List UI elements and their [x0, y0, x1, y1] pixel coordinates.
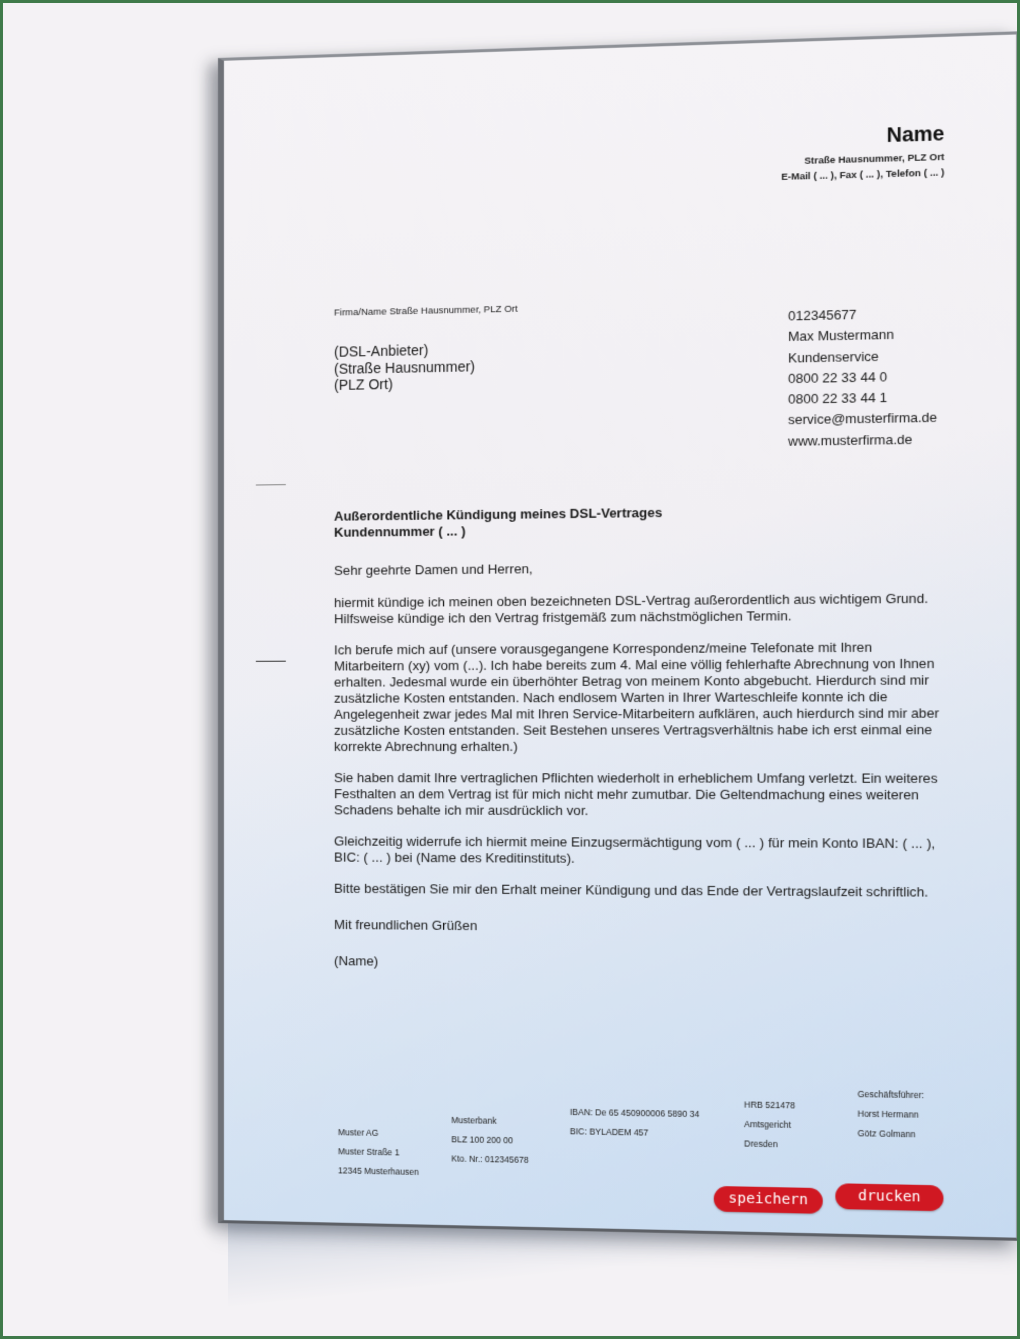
iban: IBAN: De 65 450900006 5890 34 — [570, 1103, 700, 1125]
letter-page: Name Straße Hausnummer, PLZ Ort E-Mail (… — [218, 31, 1019, 1241]
contact-person: Max Mustermann — [788, 324, 937, 348]
save-button[interactable]: speichern — [714, 1186, 823, 1214]
fax: 0800 22 33 44 1 — [788, 387, 937, 410]
body-paragraph: Bitte bestätigen Sie mir den Erhalt mein… — [334, 881, 944, 901]
footer-bank: Musterbank BLZ 100 200 00 Kto. Nr.: 0123… — [451, 1111, 528, 1170]
footer-iban: IBAN: De 65 450900006 5890 34 BIC: BYLAD… — [570, 1103, 700, 1144]
manager-1: Horst Hermann — [858, 1104, 925, 1125]
punch-mark — [256, 661, 286, 662]
trade-register: HRB 521478 — [744, 1095, 795, 1115]
bic: BIC: BYLADEM 457 — [570, 1122, 700, 1144]
website: www.musterfirma.de — [788, 429, 937, 452]
customer-number: Kundennummer ( ... ) — [334, 521, 662, 541]
court-city: Dresden — [744, 1134, 795, 1154]
customer-id: 012345677 — [788, 303, 937, 327]
account-number: Kto. Nr.: 012345678 — [451, 1149, 528, 1170]
recipient-line: (PLZ Ort) — [334, 374, 475, 393]
body-paragraph: Ich berufe mich auf (unsere vorausgegang… — [334, 639, 944, 755]
court: Amtsgericht — [744, 1115, 795, 1135]
bank-name: Musterbank — [451, 1111, 528, 1132]
sender-name: Name — [887, 123, 945, 148]
footer-register: HRB 521478 Amtsgericht Dresden — [744, 1095, 795, 1154]
company-name: Muster AG — [338, 1123, 419, 1144]
company-street: Muster Straße 1 — [338, 1142, 419, 1163]
body-paragraph: Gleichzeitig widerrufe ich hiermit meine… — [334, 833, 944, 868]
letter-body: Sehr geehrte Damen und Herren, hiermit k… — [334, 557, 944, 991]
contact-block: 012345677 Max Mustermann Kundenservice 0… — [788, 303, 937, 452]
footer-company: Muster AG Muster Straße 1 12345 Musterha… — [338, 1123, 419, 1182]
manager-2: Götz Golmann — [858, 1124, 925, 1145]
email: service@musterfirma.de — [788, 408, 937, 431]
closing: Mit freundlichen Grüßen — [334, 917, 944, 938]
body-paragraph: hiermit kündige ich meinen oben bezeichn… — [334, 590, 944, 627]
phone: 0800 22 33 44 0 — [788, 366, 937, 390]
subject: Außerordentliche Kündigung meines DSL-Ve… — [334, 505, 662, 541]
company-city: 12345 Musterhausen — [338, 1161, 419, 1182]
body-paragraph: Sie haben damit Ihre vertraglichen Pflic… — [334, 770, 944, 820]
print-button[interactable]: drucken — [835, 1183, 943, 1211]
signature: (Name) — [334, 953, 944, 975]
department: Kundenservice — [788, 345, 937, 369]
management-label: Geschäftsführer: — [858, 1085, 925, 1106]
footer-management: Geschäftsführer: Horst Hermann Götz Golm… — [858, 1085, 925, 1145]
recipient-line: (Straße Hausnummer) — [334, 358, 475, 377]
bank-code: BLZ 100 200 00 — [451, 1130, 528, 1151]
recipient-address: (DSL-Anbieter) (Straße Hausnummer) (PLZ … — [334, 341, 475, 394]
